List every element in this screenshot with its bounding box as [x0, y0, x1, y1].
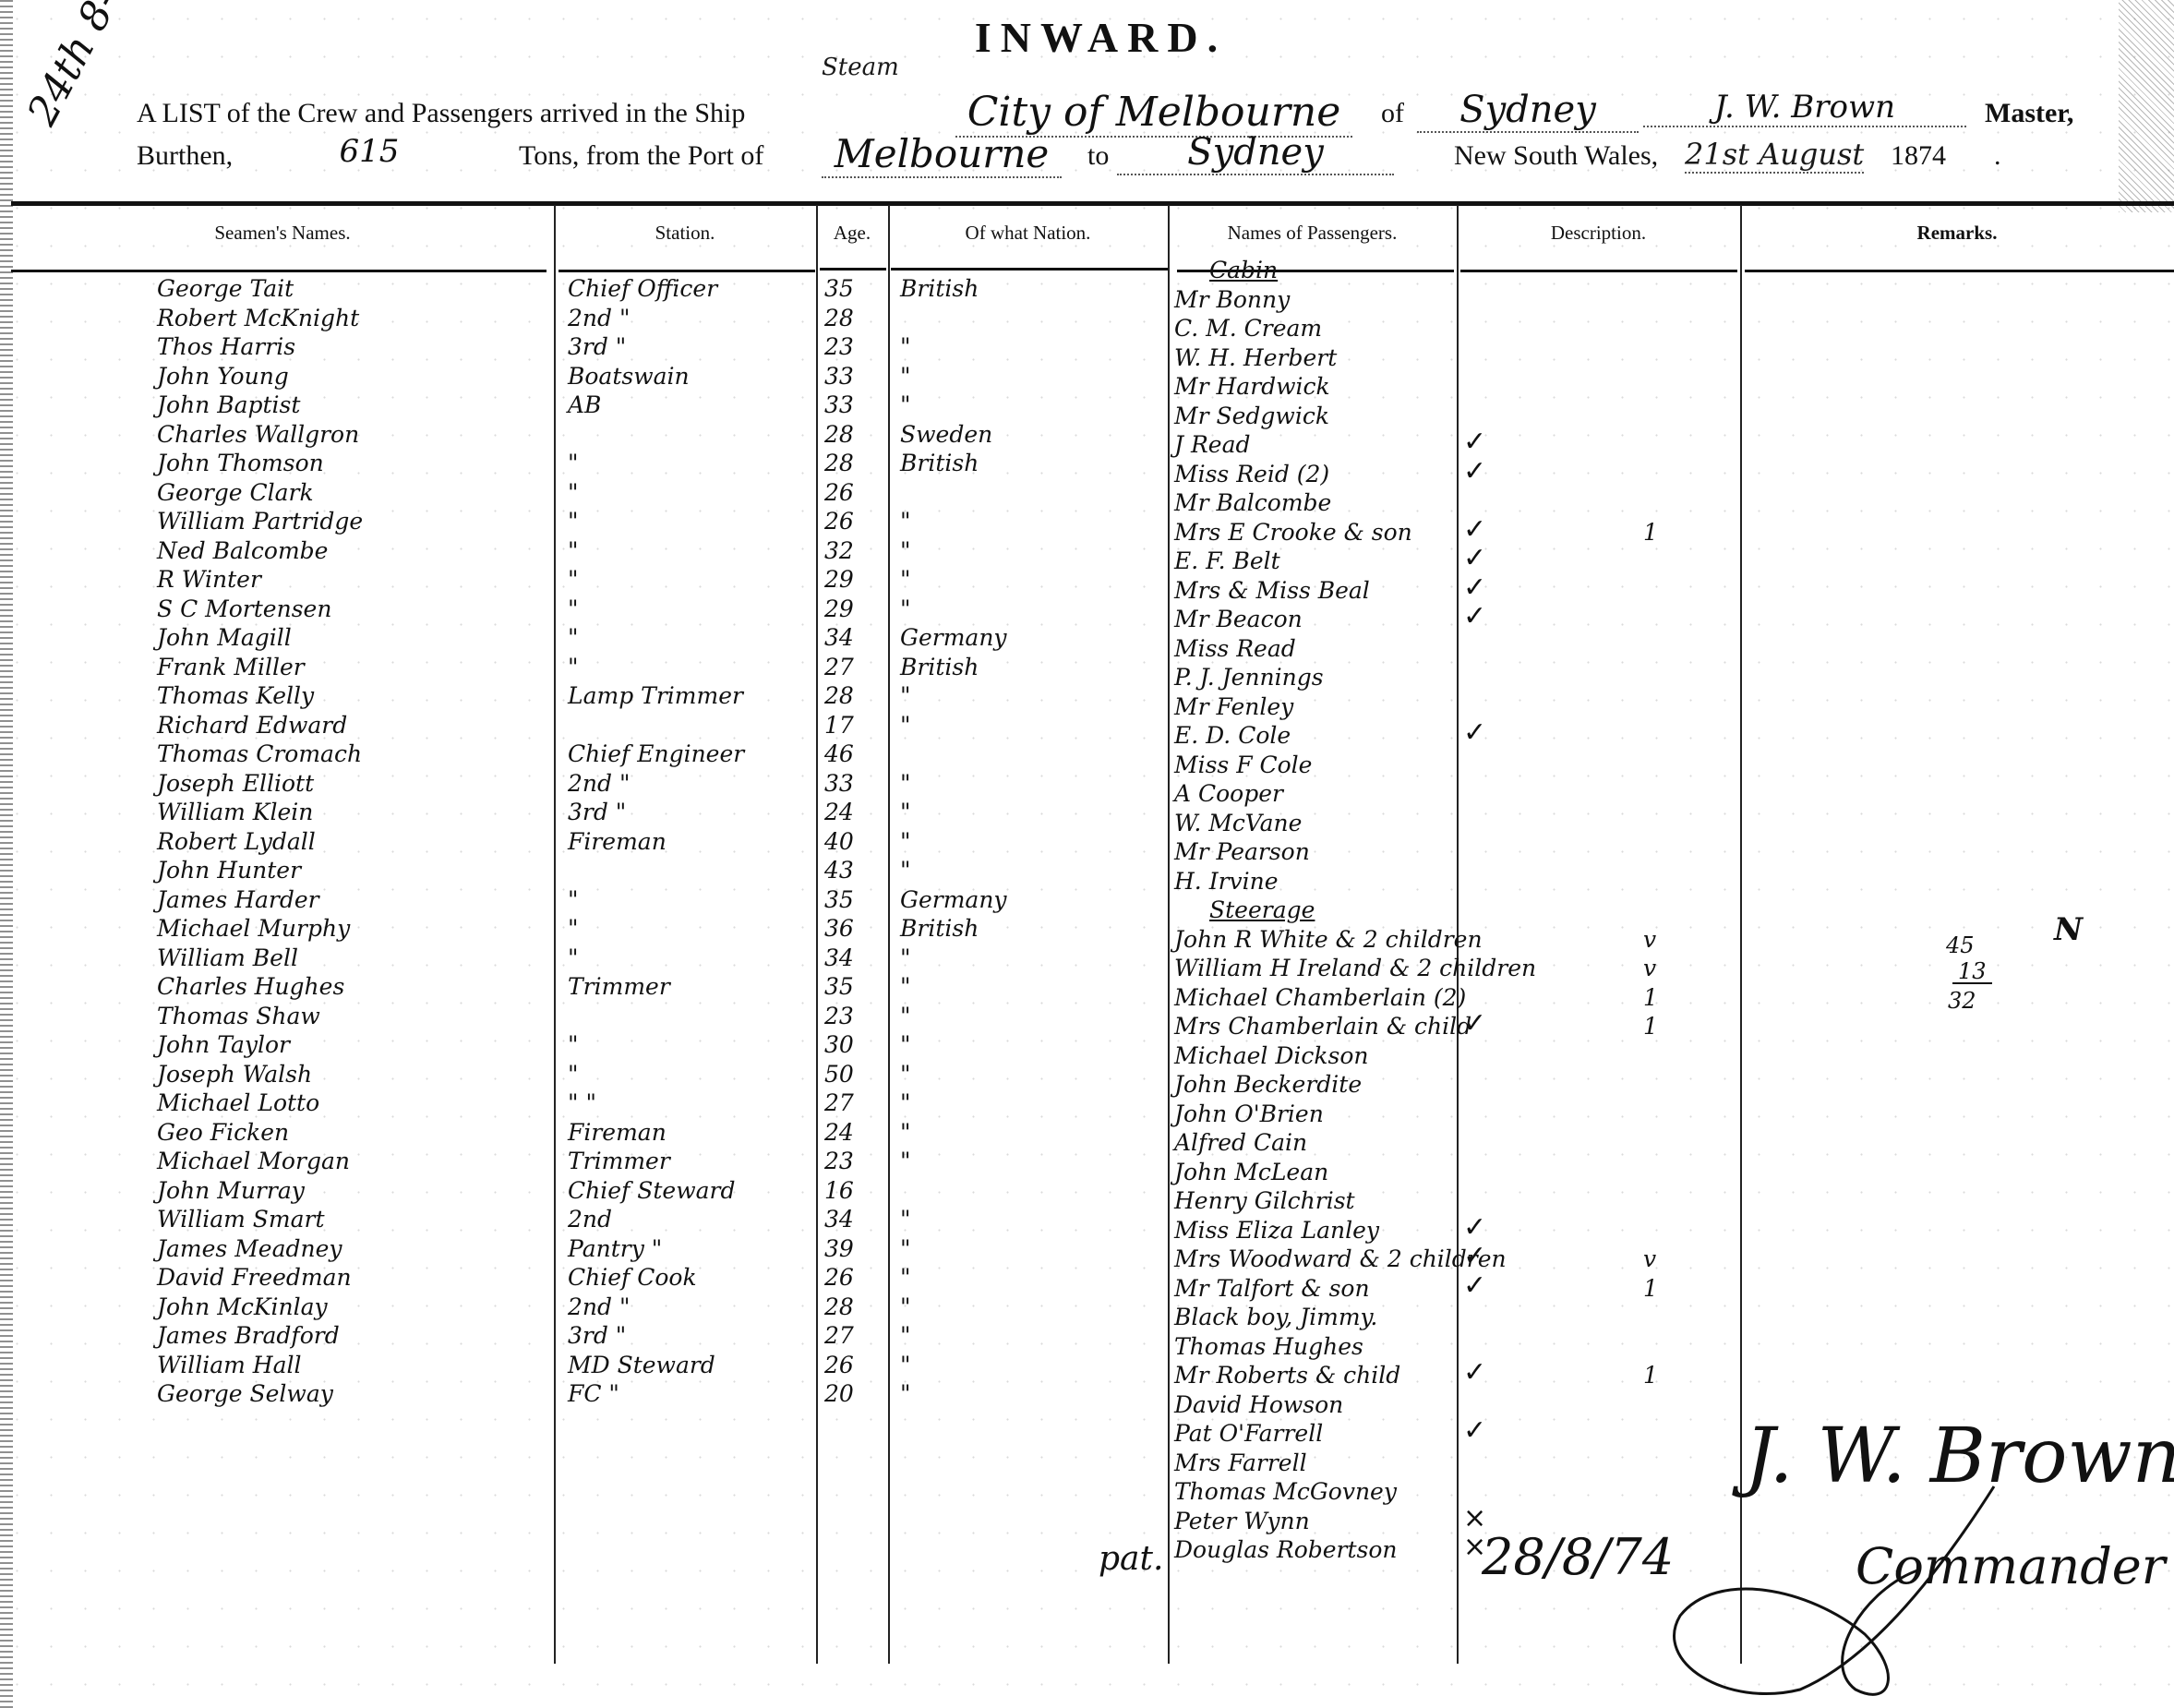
crew-station: ": [568, 1033, 579, 1056]
crew-age: 50: [824, 1063, 854, 1086]
crew-station: Fireman: [568, 830, 667, 853]
passenger-name: A Cooper: [1174, 782, 1283, 805]
crew-age: 26: [824, 1266, 854, 1289]
crew-station: ": [568, 917, 579, 940]
line-end: .: [1994, 140, 2001, 172]
passenger-name: Black boy, Jimmy.: [1174, 1305, 1377, 1329]
col-divider: [554, 205, 556, 1664]
col-rule-nation: [891, 268, 1168, 271]
col-rule-remarks: [1745, 270, 2174, 272]
checkmark-icon: ✓: [1463, 716, 1486, 749]
pat-note: pat.: [1099, 1540, 1163, 1578]
crew-nation: ": [900, 1063, 911, 1086]
crew-age: 28: [824, 423, 854, 446]
crew-nation: ": [900, 597, 911, 620]
passenger-name: Mr Roberts & child: [1174, 1364, 1400, 1387]
checkmark-icon: ✓: [1463, 513, 1486, 546]
crew-age: 24: [824, 800, 854, 824]
crew-nation: ": [900, 714, 911, 737]
crew-station: ": [568, 1063, 579, 1086]
passenger-name: C. M. Cream: [1174, 317, 1322, 340]
passenger-name: Mr Hardwick: [1174, 375, 1330, 398]
crew-nation: ": [900, 568, 911, 591]
crew-nation: ": [900, 1237, 911, 1260]
crew-station: MD Steward: [568, 1353, 715, 1377]
passenger-name: Mr Talfort & son: [1174, 1277, 1370, 1300]
crew-age: 34: [824, 1208, 854, 1231]
crew-age: 46: [824, 742, 854, 765]
crew-station: Trimmer: [568, 975, 670, 998]
crew-name: Joseph Elliott: [157, 772, 314, 795]
master-name: J. W. Brown: [1643, 89, 1966, 127]
passenger-name: Mr Bonny: [1174, 288, 1290, 311]
passenger-name: John McLean: [1174, 1161, 1328, 1184]
crew-age: 27: [824, 1091, 854, 1114]
passenger-name: E. D. Cole: [1174, 724, 1291, 747]
crew-age: 40: [824, 830, 854, 853]
crew-station: Fireman: [568, 1121, 667, 1144]
passenger-name: Mr Sedgwick: [1174, 404, 1329, 427]
passenger-description: 1: [1643, 1364, 1658, 1387]
from-port: Melbourne: [822, 131, 1062, 178]
passenger-description: 1: [1643, 521, 1658, 544]
remarks-sum-result: 32: [1948, 990, 1976, 1012]
passenger-name: Thomas Hughes: [1174, 1335, 1363, 1358]
date-day-month: 21st August: [1685, 137, 1864, 174]
crew-station: Chief Officer: [568, 277, 717, 300]
col-divider: [1168, 205, 1170, 1664]
crew-station: ": [568, 946, 579, 969]
tons-label: Tons, from the Port of: [519, 140, 763, 172]
crew-name: David Freedman: [157, 1266, 352, 1289]
crew-nation: ": [900, 1353, 911, 1377]
crew-name: John Murray: [157, 1179, 305, 1202]
crew-nation: ": [900, 365, 911, 388]
signature-flourish-icon: [1625, 1477, 2142, 1699]
crew-station: Boatswain: [568, 365, 690, 388]
remarks-sum-top: 45: [1946, 934, 1975, 956]
crew-nation: ": [900, 510, 911, 533]
crew-name: Frank Miller: [157, 656, 305, 679]
col-header-description: Description.: [1457, 222, 1740, 245]
col-divider: [816, 205, 818, 1664]
crew-name: Joseph Walsh: [157, 1063, 312, 1086]
passenger-name: William H Ireland & 2 children: [1174, 956, 1536, 980]
passenger-name: Miss Reid (2): [1174, 463, 1329, 486]
crew-station: ": [568, 597, 579, 620]
passenger-description: v: [1643, 928, 1656, 951]
passenger-name: David Howson: [1174, 1393, 1343, 1416]
passenger-name: Mrs Farrell: [1174, 1451, 1307, 1474]
crew-nation: ": [900, 335, 911, 358]
crew-station: ": [568, 656, 579, 679]
crew-age: 36: [824, 917, 854, 940]
crew-station: ": [568, 481, 579, 504]
remarks-sum-minus: 13: [1952, 960, 1992, 984]
crew-nation: Germany: [900, 626, 1007, 649]
crew-name: William Smart: [157, 1208, 325, 1231]
steerage-section-header: Steerage: [1209, 898, 1315, 921]
crew-name: John Baptist: [157, 393, 300, 416]
page-title: INWARD.: [0, 13, 2174, 62]
crew-station: Chief Steward: [568, 1179, 735, 1202]
passenger-name: Alfred Cain: [1174, 1131, 1307, 1154]
col-rule-seamen: [11, 270, 547, 272]
crew-nation: Sweden: [900, 423, 992, 446]
ship-type-insert: Steam: [822, 54, 899, 81]
crew-station: Chief Engineer: [568, 742, 744, 765]
checkmark-icon: ✓: [1463, 1414, 1486, 1447]
crew-station: ": [568, 888, 579, 911]
crew-age: 28: [824, 1295, 854, 1318]
crew-age: 28: [824, 451, 854, 475]
crew-age: 20: [824, 1382, 854, 1405]
crew-name: Charles Wallgron: [157, 423, 359, 446]
crew-age: 43: [824, 859, 854, 882]
crew-nation: ": [900, 859, 911, 882]
crew-station: 3rd ": [568, 1324, 626, 1347]
crew-name: Richard Edward: [157, 714, 347, 737]
passenger-name: Mrs Woodward & 2 children: [1174, 1247, 1507, 1270]
crew-nation: ": [900, 393, 911, 416]
passenger-name: Michael Chamberlain (2): [1174, 986, 1466, 1009]
col-divider: [1740, 205, 1742, 1664]
passenger-name: John R White & 2 children: [1174, 928, 1483, 951]
passenger-name: Mr Balcombe: [1174, 491, 1331, 514]
crew-name: Michael Lotto: [157, 1091, 319, 1114]
home-port: Sydney: [1417, 89, 1639, 133]
crew-name: Michael Morgan: [157, 1149, 350, 1173]
crew-station: Chief Cook: [568, 1266, 697, 1289]
crew-age: 27: [824, 1324, 854, 1347]
crew-station: ": [568, 539, 579, 562]
crew-age: 32: [824, 539, 854, 562]
crew-age: 26: [824, 481, 854, 504]
passenger-name: John Beckerdite: [1174, 1073, 1362, 1096]
crew-name: Thos Harris: [157, 335, 295, 358]
crew-name: Thomas Kelly: [157, 684, 314, 707]
checkmark-icon: ✓: [1463, 1269, 1486, 1302]
crew-age: 28: [824, 307, 854, 330]
crew-nation: ": [900, 1033, 911, 1056]
crew-station: ": [568, 451, 579, 475]
col-header-age: Age.: [816, 222, 888, 245]
crew-age: 34: [824, 946, 854, 969]
crew-name: Charles Hughes: [157, 975, 344, 998]
checkmark-icon: ✓: [1463, 1007, 1486, 1040]
crew-age: 33: [824, 393, 854, 416]
crew-nation: ": [900, 1208, 911, 1231]
crew-nation: British: [900, 451, 979, 475]
checkmark-icon: ✓: [1463, 571, 1486, 604]
crew-name: Thomas Cromach: [157, 742, 362, 765]
crew-age: 26: [824, 1353, 854, 1377]
passenger-name: Michael Dickson: [1174, 1044, 1369, 1067]
col-divider: [888, 205, 890, 1664]
crew-nation: ": [900, 539, 911, 562]
crew-station: 3rd ": [568, 335, 626, 358]
header-rule: [11, 201, 2174, 206]
crew-nation: ": [900, 800, 911, 824]
tons-value: 615: [277, 133, 462, 170]
col-rule-description: [1460, 270, 1737, 272]
crew-name: James Bradford: [157, 1324, 340, 1347]
crew-name: George Tait: [157, 277, 294, 300]
crew-age: 35: [824, 975, 854, 998]
crew-name: William Bell: [157, 946, 298, 969]
checkmark-icon: ✓: [1463, 426, 1486, 458]
passenger-name: Mrs E Crooke & son: [1174, 521, 1412, 544]
crew-name: George Clark: [157, 481, 314, 504]
passenger-name: Pat O'Farrell: [1174, 1422, 1323, 1445]
crew-station: Pantry ": [568, 1237, 662, 1260]
passenger-name: Miss Eliza Lanley: [1174, 1219, 1379, 1242]
crew-station: " ": [568, 1091, 596, 1114]
crew-age: 23: [824, 1004, 854, 1028]
checkmark-icon: ✓: [1463, 1356, 1486, 1389]
crew-station: Trimmer: [568, 1149, 670, 1173]
passenger-name: Peter Wynn: [1174, 1510, 1310, 1533]
passenger-name: Mrs & Miss Beal: [1174, 579, 1370, 602]
crew-name: James Meadney: [157, 1237, 342, 1260]
passenger-name: Mr Beacon: [1174, 607, 1303, 631]
crew-nation: ": [900, 1149, 911, 1173]
crew-nation: ": [900, 975, 911, 998]
passenger-name: W. H. Herbert: [1174, 346, 1337, 369]
checkmark-icon: ✓: [1463, 455, 1486, 487]
passenger-name: Thomas McGovney: [1174, 1480, 1397, 1503]
crew-age: 17: [824, 714, 854, 737]
passenger-description: 1: [1643, 986, 1658, 1009]
scan-edge-left: [0, 0, 13, 1708]
crew-age: 35: [824, 277, 854, 300]
col-rule-station: [559, 270, 815, 272]
checkmark-icon: ✓: [1463, 1211, 1486, 1244]
list-prefix: A LIST of the Crew and Passengers arrive…: [137, 98, 688, 128]
crew-nation: ": [900, 772, 911, 795]
crew-station: 2nd: [568, 1208, 612, 1231]
passenger-name: W. McVane: [1174, 812, 1302, 835]
crew-nation: ": [900, 1295, 911, 1318]
crew-nation: ": [900, 684, 911, 707]
crew-age: 39: [824, 1237, 854, 1260]
colony: New South Wales,: [1454, 140, 1658, 172]
crew-name: Thomas Shaw: [157, 1004, 320, 1028]
crew-age: 29: [824, 568, 854, 591]
col-header-nation: Of what Nation.: [888, 222, 1168, 245]
crew-nation: ": [900, 946, 911, 969]
crew-name: John McKinlay: [157, 1295, 328, 1318]
col-rule-age: [820, 268, 886, 271]
checkmark-icon: ✓: [1463, 600, 1486, 632]
crew-name: Geo Ficken: [157, 1121, 289, 1144]
crew-name: John Magill: [157, 626, 292, 649]
passenger-name: E. F. Belt: [1174, 549, 1280, 572]
crew-age: 16: [824, 1179, 854, 1202]
crew-name: George Selway: [157, 1382, 333, 1405]
crew-name: S C Mortensen: [157, 597, 331, 620]
crew-age: 23: [824, 335, 854, 358]
of-label: of: [1381, 98, 1404, 129]
crew-station: ": [568, 510, 579, 533]
crew-name: Michael Murphy: [157, 917, 350, 940]
crew-name: John Thomson: [157, 451, 324, 475]
ship-word: Ship: [694, 98, 745, 128]
crew-nation: ": [900, 1091, 911, 1114]
crew-nation: ": [900, 1382, 911, 1405]
crew-name: Robert Lydall: [157, 830, 316, 853]
crew-age: 30: [824, 1033, 854, 1056]
passenger-description: 1: [1643, 1277, 1658, 1300]
passenger-name: Miss F Cole: [1174, 753, 1312, 776]
crew-name: Ned Balcombe: [157, 539, 328, 562]
crew-name: Robert McKnight: [157, 307, 359, 330]
passenger-name: H. Irvine: [1174, 870, 1279, 893]
passenger-description: 1: [1643, 1015, 1658, 1038]
crew-age: 24: [824, 1121, 854, 1144]
passenger-name: P. J. Jennings: [1174, 666, 1324, 689]
crew-name: William Klein: [157, 800, 313, 824]
passenger-name: Douglas Robertson: [1174, 1538, 1398, 1561]
crew-nation: ": [900, 1324, 911, 1347]
checkmark-icon: ✓: [1463, 542, 1486, 574]
burthen-label: Burthen,: [137, 140, 233, 172]
crew-station: ": [568, 568, 579, 591]
crew-name: R Winter: [157, 568, 261, 591]
crew-nation: ": [900, 1266, 911, 1289]
remarks-mark: N: [2054, 914, 2083, 945]
passenger-description: v: [1643, 956, 1656, 980]
crew-name: John Taylor: [157, 1033, 290, 1056]
crew-nation: Germany: [900, 888, 1007, 911]
checkmark-icon: ✓: [1463, 1240, 1486, 1272]
col-header-seamen: Seamen's Names.: [11, 222, 554, 245]
crew-nation: British: [900, 656, 979, 679]
crew-nation: ": [900, 1004, 911, 1028]
crew-name: William Partridge: [157, 510, 363, 533]
col-header-passengers: Names of Passengers.: [1168, 222, 1457, 245]
passenger-name: Mr Pearson: [1174, 840, 1310, 863]
passenger-name: Henry Gilchrist: [1174, 1189, 1355, 1212]
crew-age: 34: [824, 626, 854, 649]
crew-nation: ": [900, 830, 911, 853]
crew-nation: British: [900, 277, 979, 300]
passenger-name: Miss Read: [1174, 637, 1296, 660]
crew-station: ": [568, 626, 579, 649]
crew-name: John Young: [157, 365, 289, 388]
passenger-description: v: [1643, 1247, 1656, 1270]
crew-station: 2nd ": [568, 772, 630, 795]
master-label: Master,: [1985, 98, 2073, 129]
col-header-remarks: Remarks.: [1740, 222, 2174, 245]
header-line-1: A LIST of the Crew and Passengers arrive…: [137, 98, 745, 129]
to-port: Sydney: [1117, 131, 1394, 175]
to-label: to: [1087, 140, 1109, 172]
passenger-name: John O'Brien: [1174, 1102, 1324, 1125]
col-header-station: Station.: [554, 222, 816, 245]
crew-station: AB: [568, 393, 601, 416]
crew-age: 33: [824, 365, 854, 388]
crew-name: William Hall: [157, 1353, 302, 1377]
passenger-name: Mrs Chamberlain & child: [1174, 1015, 1471, 1038]
year: 1874: [1891, 140, 1946, 172]
crew-age: 27: [824, 656, 854, 679]
crew-nation: ": [900, 1121, 911, 1144]
crew-age: 33: [824, 772, 854, 795]
crew-nation: British: [900, 917, 979, 940]
crew-station: 2nd ": [568, 307, 630, 330]
crew-station: 3rd ": [568, 800, 626, 824]
passenger-name: Mr Fenley: [1174, 695, 1293, 718]
crew-station: Lamp Trimmer: [568, 684, 743, 707]
passenger-name: J Read: [1174, 433, 1251, 456]
crew-station: FC ": [568, 1382, 619, 1405]
crew-station: 2nd ": [568, 1295, 630, 1318]
cabin-section-header: Cabin: [1209, 259, 1278, 282]
crew-age: 28: [824, 684, 854, 707]
crew-age: 26: [824, 510, 854, 533]
crew-name: John Hunter: [157, 859, 301, 882]
crew-age: 29: [824, 597, 854, 620]
crew-age: 23: [824, 1149, 854, 1173]
crew-name: James Harder: [157, 888, 319, 911]
crew-age: 35: [824, 888, 854, 911]
